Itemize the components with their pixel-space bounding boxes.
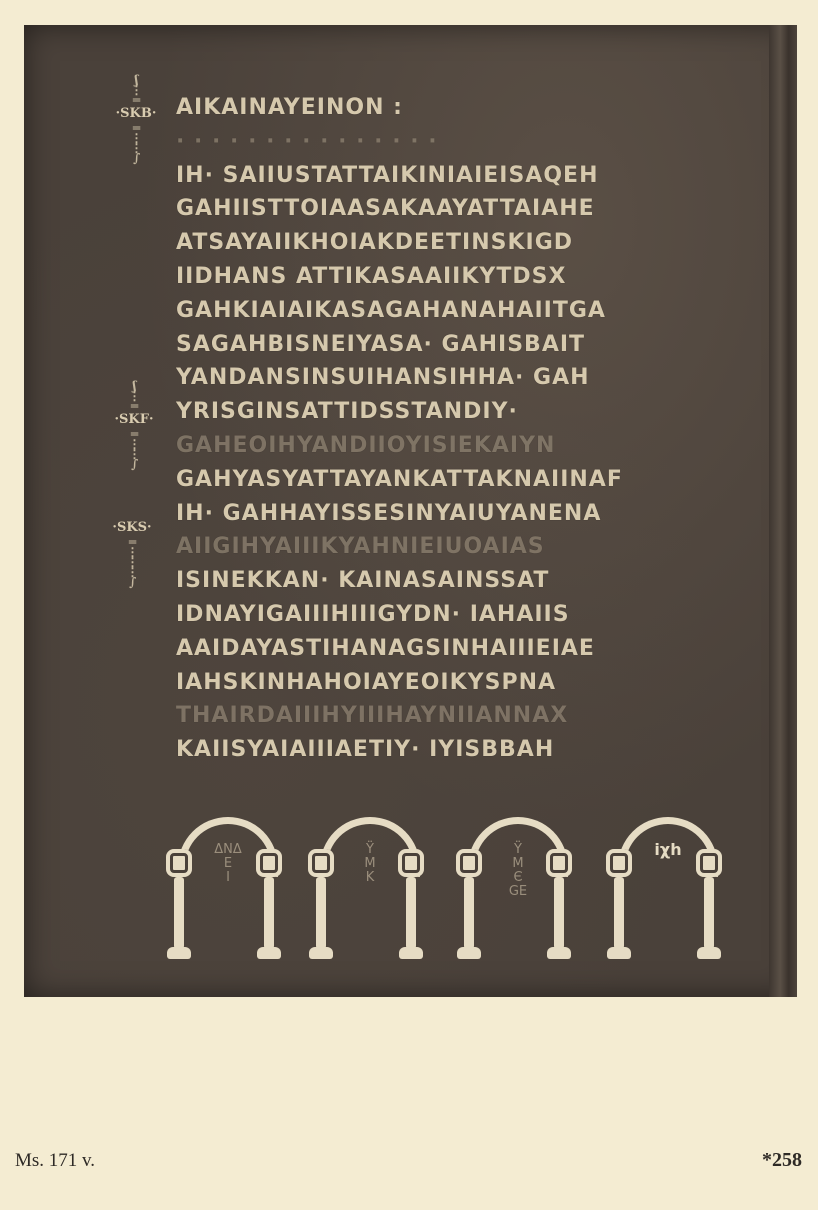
arch-4: iχh [604, 813, 734, 973]
marginal-note-3: ·SKS· ═⋮⋮⋮∫ [102, 519, 162, 587]
flourish-icon: ═⋮⋮∫ [106, 123, 166, 163]
arch-inscription: ΔNΔ E I [196, 843, 260, 885]
text-line: IAHSKINHAHOIAYEOIKYSPNA [176, 666, 716, 700]
flourish-icon: ʃ⋮═ [106, 75, 166, 105]
arch-inscription: Ÿ M Є GE [486, 843, 550, 899]
flourish-icon: ═⋮⋮⋮∫ [102, 537, 162, 587]
text-line: GAHEOIHYANDIIOYISIEKAIYN [176, 429, 716, 463]
text-line: ISINEKKAN· KAINASAINSSAT [176, 564, 716, 598]
text-line: YANDANSINSUIHANSIHHA· GAH [176, 361, 716, 395]
flourish-icon: ═⋮⋮∫ [104, 429, 164, 469]
text-line: GAHYASYATTAYANKATTAKNAIINAF [176, 463, 716, 497]
text-line: GAHIISTTOIAASAKAAYATTAIAHE [176, 192, 716, 226]
column-icon [694, 849, 724, 965]
text-line: IH· SAIIUSTATTAIKINIAIEISAQEH [176, 159, 716, 193]
manuscript-folio-caption: Ms. 171 v. [15, 1150, 95, 1172]
canon-table-arcade: ΔNΔ E I Ÿ M K Ÿ M Є GE iχh [164, 813, 764, 973]
manuscript-text-block: AIKAINAYEINON : · · · · · · · · · · · · … [176, 91, 716, 767]
arch-inscription: Ÿ M K [338, 843, 402, 885]
manuscript-plate: ʃ⋮═ ·SKB· ═⋮⋮∫ ʃ⋮═ ·SKF· ═⋮⋮∫ ·SKS· ═⋮⋮⋮… [24, 25, 797, 997]
text-line: IH· GAHHAYISSESINYAIUYANENA [176, 497, 716, 531]
flourish-icon: ʃ⋮═ [104, 381, 164, 411]
marginal-note-2: ʃ⋮═ ·SKF· ═⋮⋮∫ [104, 381, 164, 469]
marginal-note-1: ʃ⋮═ ·SKB· ═⋮⋮∫ [106, 75, 166, 163]
column-icon [604, 849, 634, 965]
text-line: IDNAYIGAIIIHIIIGYDN· IAHAIIS [176, 598, 716, 632]
plate-torn-edge [769, 25, 797, 997]
arch-3: Ÿ M Є GE [454, 813, 584, 973]
text-line: AIKAINAYEINON : [176, 91, 716, 125]
text-line: ATSAYAIIKHOIAKDEETINSKIGD [176, 226, 716, 260]
text-line: SAGAHBISNEIYASA· GAHISBAIT [176, 328, 716, 362]
text-line: IIDHANS ATTIKASAAIIKYTDSX [176, 260, 716, 294]
text-line: KAIISYAIAIIIAETIY· IYISBBAH [176, 733, 716, 767]
arch-2: Ÿ M K [306, 813, 436, 973]
column-icon [454, 849, 484, 965]
page-number: *258 [762, 1149, 802, 1172]
arch-inscription: iχh [636, 843, 700, 857]
text-line: YRISGINSATTIDSSTANDIY· [176, 395, 716, 429]
text-line: GAHKIAIAIKASAGAHANAHAIITGA [176, 294, 716, 328]
column-icon [306, 849, 336, 965]
arch-1: ΔNΔ E I [164, 813, 294, 973]
text-line: · · · · · · · · · · · · · · · [176, 125, 716, 159]
column-icon [164, 849, 194, 965]
text-line: AIIGIHYAIIIKYAHNIEIUOAIAS [176, 530, 716, 564]
text-line: AAIDAYASTIHANAGSINHAIIIEIAE [176, 632, 716, 666]
text-line: THAIRDAIIIHYIIIHAYNIIANNAX [176, 699, 716, 733]
